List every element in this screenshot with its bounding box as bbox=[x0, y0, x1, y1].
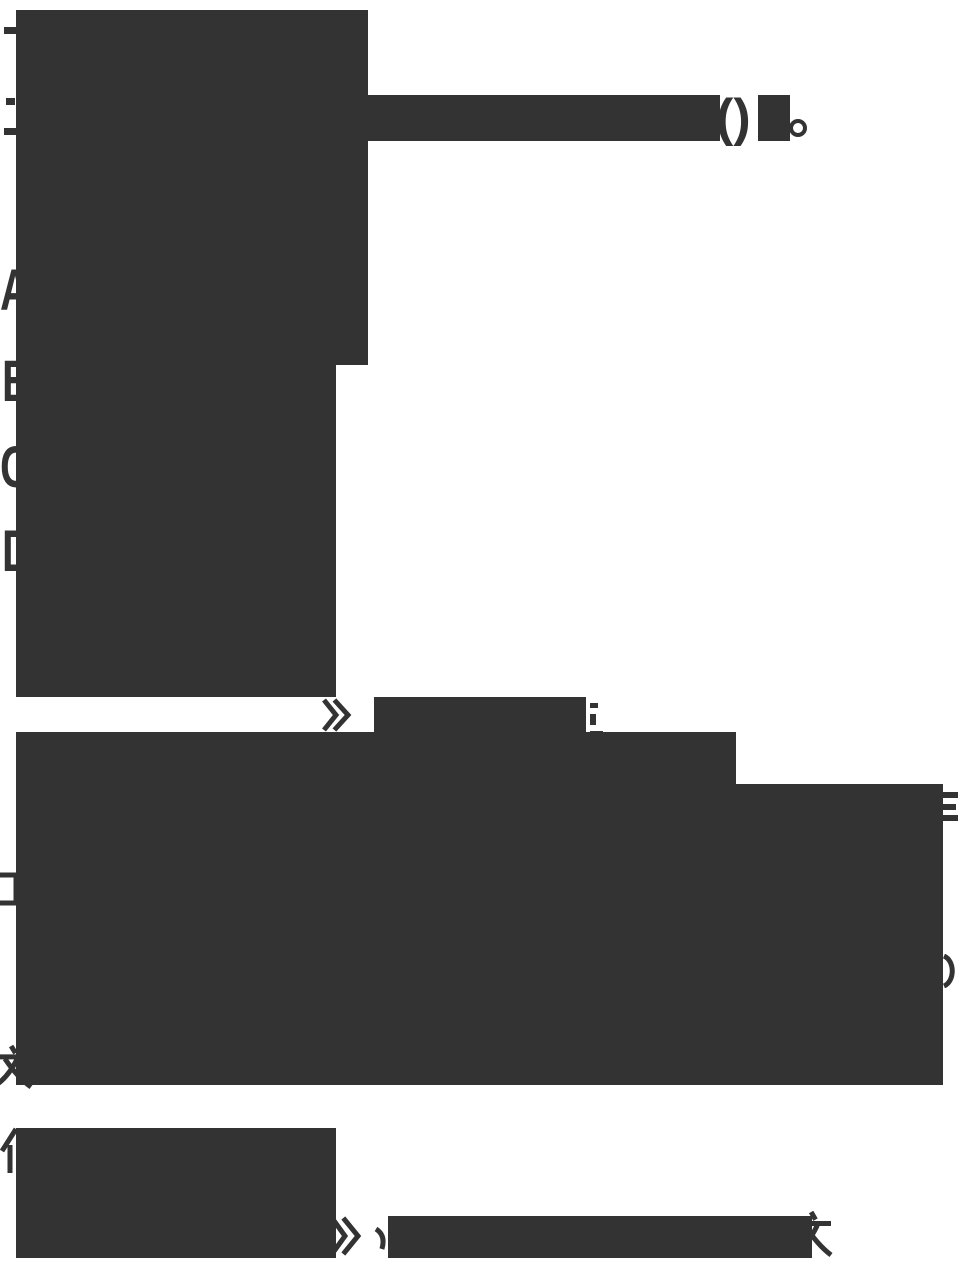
enumeration-comma-mark bbox=[372, 1226, 390, 1252]
period-mark bbox=[789, 119, 807, 137]
title-line-char-frag-2 bbox=[590, 714, 596, 725]
stem-line2-bar bbox=[368, 95, 720, 141]
answer-blank-parens: () bbox=[716, 92, 751, 144]
explanation-paragraph-row1 bbox=[16, 732, 736, 784]
book-title-close-mark-1 bbox=[320, 696, 352, 734]
right-edge-char-dash-2 bbox=[943, 804, 956, 810]
right-edge-char-dash-3 bbox=[943, 815, 958, 821]
right-edge-hook-fragment bbox=[941, 954, 957, 988]
closing-paragraph-block bbox=[16, 1128, 336, 1258]
closing-line-text-bar bbox=[388, 1216, 812, 1258]
page: ABCD() bbox=[0, 0, 964, 1283]
inline-after-blank-block bbox=[758, 95, 790, 141]
book-title-text-bar bbox=[374, 697, 586, 735]
stem-char-tick-2 bbox=[6, 98, 15, 105]
stem-char-tick-3 bbox=[4, 128, 17, 135]
stem-char-tick-1 bbox=[4, 27, 17, 34]
book-title-close-mark-2 bbox=[328, 1214, 362, 1258]
explanation-paragraph-body bbox=[16, 784, 943, 1085]
right-edge-char-dash-1 bbox=[943, 792, 958, 798]
question-stem-block bbox=[16, 10, 368, 365]
title-line-char-frag-1 bbox=[590, 703, 598, 708]
options-text-block bbox=[16, 365, 336, 697]
